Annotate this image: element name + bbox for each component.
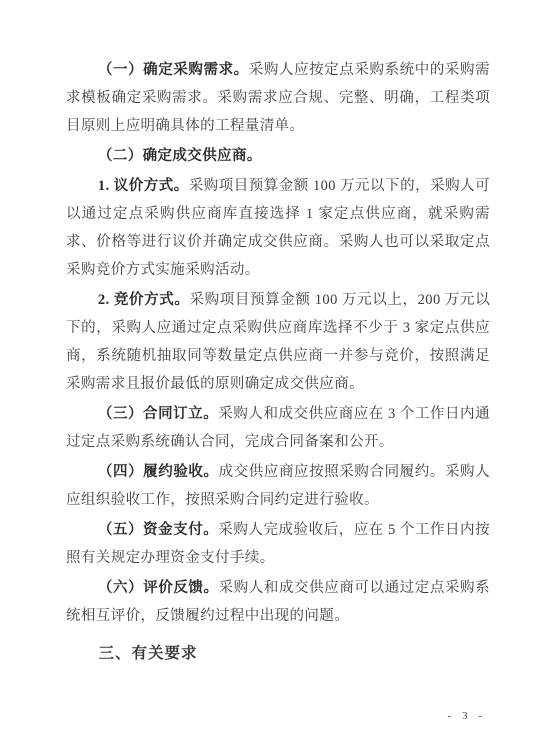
paragraph: （四）履约验收。成交供应商应按照采购合同履约。采购人应组织验收工作，按照采购合同… — [66, 458, 490, 514]
paragraph: （六）评价反馈。采购人和成交供应商可以通过定点采购系统相互评价，反馈履约过程中出… — [66, 574, 490, 630]
paragraph-lead: （三）合同订立。 — [98, 406, 218, 422]
page-number: - 3 - — [448, 710, 486, 723]
section-heading: 三、有关要求 — [66, 640, 490, 668]
paragraph-lead: （二）确定成交供应商。 — [98, 148, 262, 164]
paragraph-lead: 2. 竞价方式。 — [98, 292, 190, 308]
paragraph-lead: （五）资金支付。 — [98, 522, 218, 538]
paragraph-lead: （四）履约验收。 — [98, 464, 219, 480]
paragraph: （五）资金支付。采购人完成验收后，应在 5 个工作日内按照有关规定办理资金支付手… — [66, 516, 490, 572]
paragraph-lead: （六）评价反馈。 — [98, 580, 219, 596]
paragraph: 2. 竞价方式。采购项目预算金额 100 万元以上，200 万元以下的，采购人应… — [66, 286, 490, 398]
paragraph: （三）合同订立。采购人和成交供应商应在 3 个工作日内通过定点采购系统确认合同，… — [66, 400, 490, 456]
paragraph-lead: （一）确定采购需求。 — [98, 62, 249, 78]
document-page: （一）确定采购需求。采购人应按定点采购系统中的采购需求模板确定采购需求。采购需求… — [0, 0, 538, 733]
document-content: （一）确定采购需求。采购人应按定点采购系统中的采购需求模板确定采购需求。采购需求… — [66, 56, 490, 668]
paragraph: 1. 议价方式。采购项目预算金额 100 万元以下的，采购人可以通过定点采购供应… — [66, 172, 490, 284]
paragraph: （二）确定成交供应商。 — [66, 142, 490, 170]
paragraph: （一）确定采购需求。采购人应按定点采购系统中的采购需求模板确定采购需求。采购需求… — [66, 56, 490, 140]
paragraph-lead: 1. 议价方式。 — [98, 178, 189, 194]
